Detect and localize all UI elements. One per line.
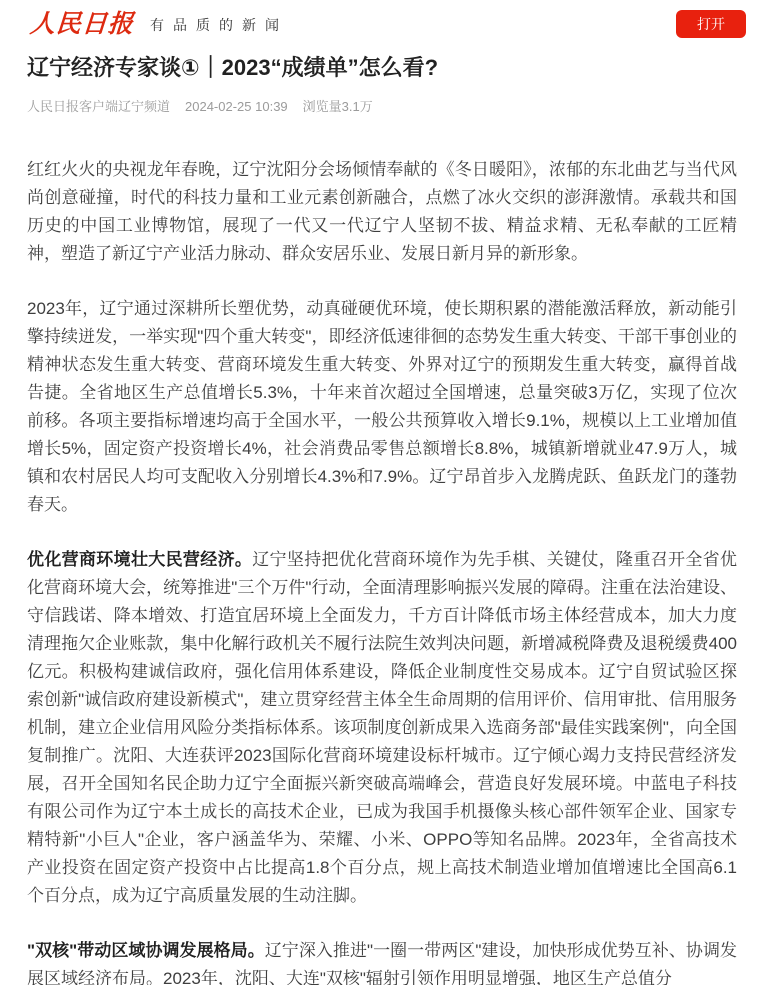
paragraph: "双核"带动区域协调发展格局。辽宁深入推进"一圈一带两区"建设，加快形成优势互补… <box>27 937 737 985</box>
article-body: 红红火火的央视龙年春晚，辽宁沈阳分会场倾情奉献的《冬日暖阳》，浓郁的东北曲艺与当… <box>27 156 737 985</box>
article-content: 辽宁经济专家谈①｜2023“成绩单”怎么看? 人民日报客户端辽宁频道 2024-… <box>0 53 763 985</box>
article-meta: 人民日报客户端辽宁频道 2024-02-25 10:39 浏览量3.1万 <box>27 98 737 116</box>
paragraph: 红红火火的央视龙年春晚，辽宁沈阳分会场倾情奉献的《冬日暖阳》，浓郁的东北曲艺与当… <box>27 156 737 268</box>
paragraph-text: 2023年，辽宁通过深耕所长塑优势，动真碰硬优环境，使长期积累的潜能激活释放，新… <box>27 299 737 514</box>
meta-views: 浏览量3.1万 <box>303 98 373 116</box>
paragraph-text: 红红火火的央视龙年春晚，辽宁沈阳分会场倾情奉献的《冬日暖阳》，浓郁的东北曲艺与当… <box>27 160 737 263</box>
meta-source: 人民日报客户端辽宁频道 <box>27 98 170 116</box>
brand: 人民日报 有品质的新闻 <box>30 11 288 36</box>
brand-tagline: 有品质的新闻 <box>150 13 288 35</box>
article-title: 辽宁经济专家谈①｜2023“成绩单”怎么看? <box>27 53 737 84</box>
peoples-daily-logo[interactable]: 人民日报 <box>29 11 135 36</box>
paragraph-text: 辽宁坚持把优化营商环境作为先手棋、关键仗，隆重召开全省优化营商环境大会，统筹推进… <box>27 550 737 905</box>
app-header: 人民日报 有品质的新闻 打开 <box>0 0 763 45</box>
paragraph-lead: "双核"带动区域协调发展格局。 <box>27 941 265 960</box>
paragraph: 2023年，辽宁通过深耕所长塑优势，动真碰硬优环境，使长期积累的潜能激活释放，新… <box>27 295 737 519</box>
open-in-app-button[interactable]: 打开 <box>676 10 746 38</box>
paragraph-lead: 优化营商环境壮大民营经济。 <box>27 550 252 569</box>
meta-datetime: 2024-02-25 10:39 <box>185 98 288 116</box>
paragraph: 优化营商环境壮大民营经济。辽宁坚持把优化营商环境作为先手棋、关键仗，隆重召开全省… <box>27 546 737 910</box>
